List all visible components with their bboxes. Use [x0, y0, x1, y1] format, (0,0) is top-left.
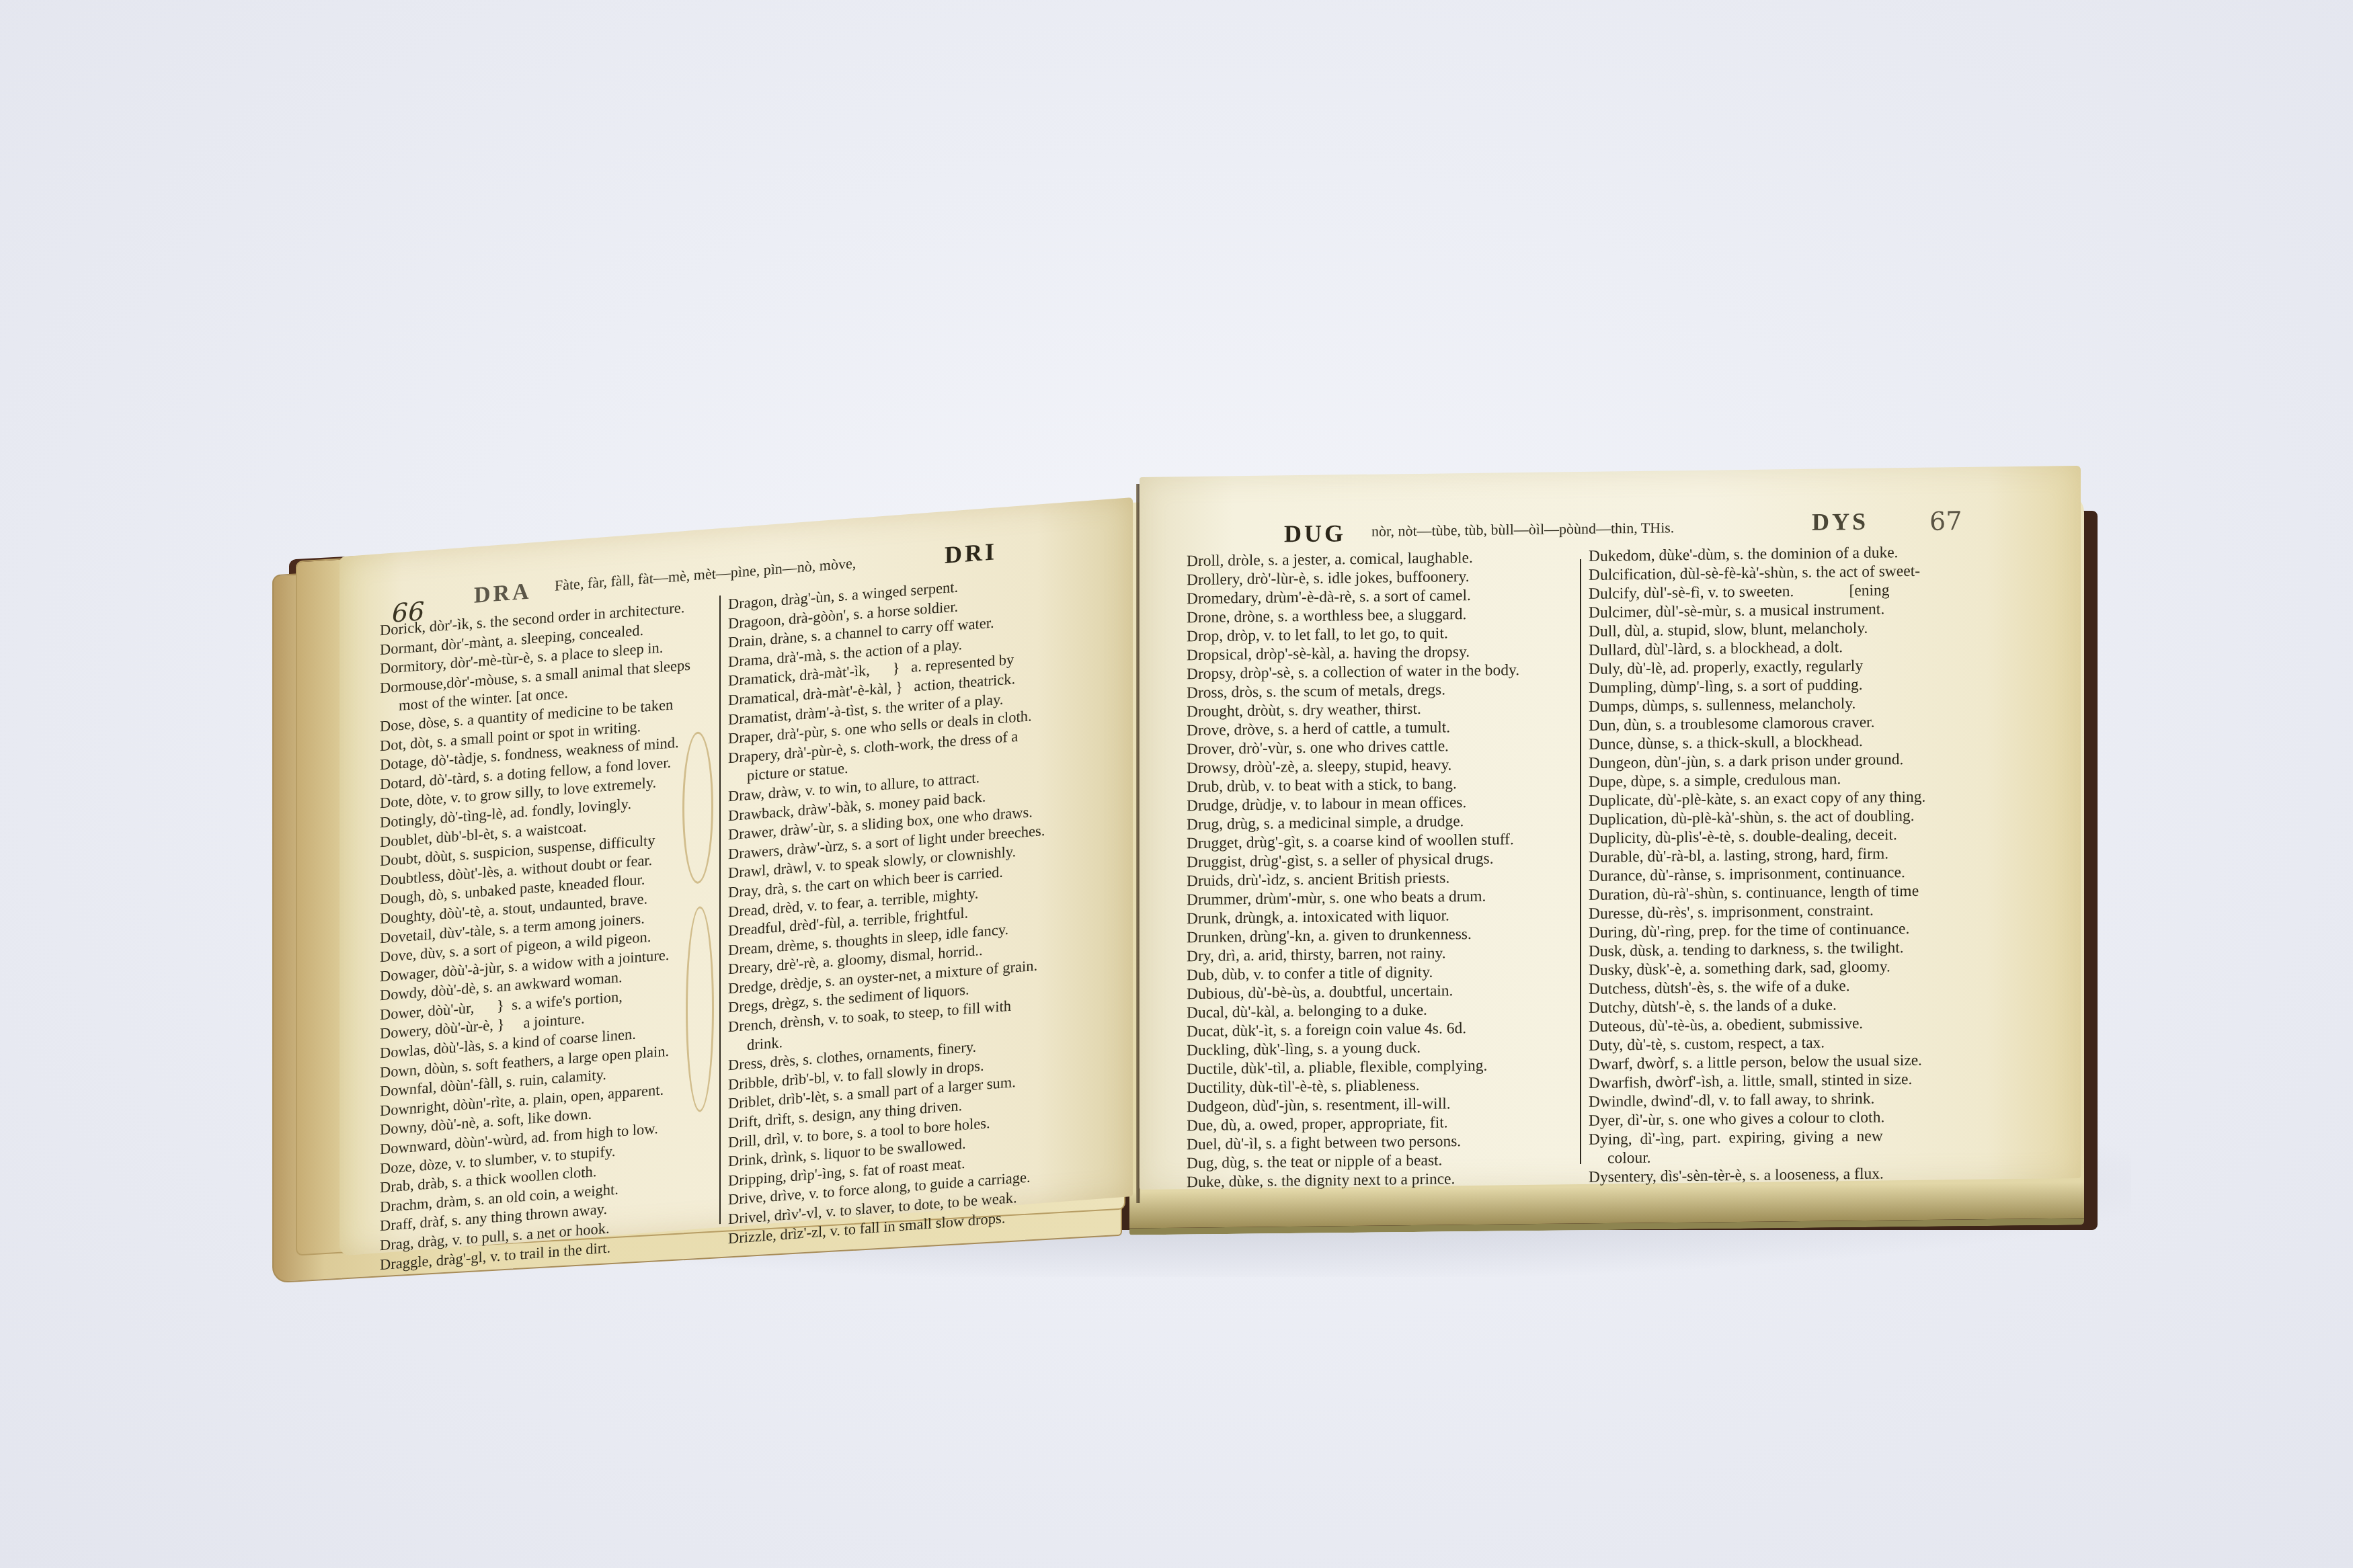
left-page: 66 DRA Fàte, fàr, fàll, fàt—mè, mèt—pìne… — [340, 497, 1133, 1256]
pronunciation-key: nòr, nòt—tùbe, tùb, bùll—òìl—pòùnd—thin,… — [1371, 519, 1674, 540]
left-page-column-1: Dorick, dòr'-ìk, s. the second order in … — [380, 597, 690, 1274]
guide-word-right: DRI — [945, 537, 997, 569]
right-page-column-2: Dukedom, dùke'-dùm, s. the dominion of a… — [1589, 543, 1925, 1187]
guide-word-left: DRA — [474, 579, 532, 608]
photo-scene: 66 DRA Fàte, fàr, fàll, fàt—mè, mèt—pìne… — [0, 0, 2353, 1568]
page-number: 67 — [1929, 506, 1962, 536]
guide-word-left: DUG — [1284, 519, 1346, 548]
right-page-header: DUG nòr, nòt—tùbe, tùb, bùll—òìl—pòùnd—t… — [1140, 478, 2081, 536]
column-divider — [1580, 559, 1581, 1164]
right-page-column-1: Droll, dròle, s. a jester, a. comical, l… — [1187, 548, 1519, 1192]
left-page-column-2: Dragon, dràg'-ùn, s. a winged serpent. D… — [728, 571, 1045, 1249]
right-page: DUG nòr, nòt—tùbe, tùb, bùll—òìl—pòùnd—t… — [1140, 466, 2081, 1190]
paper-stain — [686, 905, 714, 1113]
guide-word-right: DYS — [1812, 507, 1868, 536]
column-divider — [719, 595, 721, 1224]
paper-stain — [682, 731, 713, 884]
